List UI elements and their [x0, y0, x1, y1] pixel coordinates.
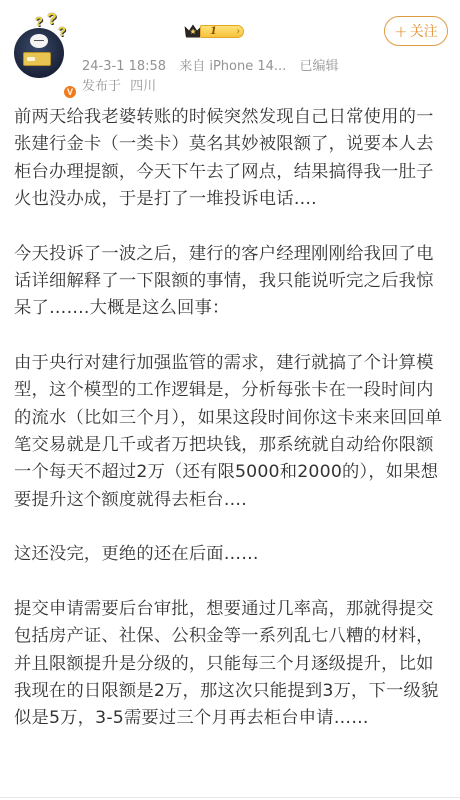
- chevron-right-icon: ›: [236, 27, 240, 37]
- plus-icon: +: [394, 22, 407, 41]
- post-location: 发布于 四川: [82, 75, 161, 94]
- avatar-face-icon: [30, 34, 48, 48]
- avatar-board-icon: [23, 52, 51, 66]
- verified-badge-icon: V: [62, 84, 78, 100]
- post-source[interactable]: 来自 iPhone 14...: [179, 59, 286, 74]
- level-badge[interactable]: 1 ›: [184, 22, 244, 40]
- level-number: 1: [210, 26, 217, 37]
- post-timestamp: 24-3-1 18:58: [82, 59, 166, 74]
- post-paragraph: 这还没完，更绝的还在后面……: [14, 541, 450, 568]
- location-value: 四川: [130, 79, 156, 94]
- question-mark-icon: ?: [35, 14, 43, 29]
- follow-button[interactable]: + 关注: [384, 16, 448, 46]
- post-paragraph: 提交申请需要后台审批，想要通过几率高，那就得提交包括房产证、社保、公积金等一系列…: [14, 596, 450, 732]
- location-label: 发布于: [82, 79, 121, 94]
- divider: [0, 797, 460, 798]
- question-mark-icon: ?: [58, 24, 66, 39]
- avatar[interactable]: ? ? ? V: [14, 28, 64, 78]
- post-body: 前两天给我老婆转账的时候突然发现自己日常使用的一张建行金卡（一类卡）莫名其妙被限…: [14, 104, 450, 760]
- post-paragraph: 前两天给我老婆转账的时候突然发现自己日常使用的一张建行金卡（一类卡）莫名其妙被限…: [14, 104, 450, 213]
- post-header: ? ? ? V 1 › + 关注 24-3-1 18:58 来自 iPhone …: [0, 0, 460, 100]
- follow-label: 关注: [410, 21, 438, 41]
- post-paragraph: 今天投诉了一波之后，建行的客户经理刚刚给我回了电话详细解释了一下限额的事情，我只…: [14, 241, 450, 323]
- edited-label[interactable]: 已编辑: [299, 59, 338, 74]
- post-paragraph: 由于央行对建行加强监管的需求，建行就搞了个计算模型，这个模型的工作逻辑是，分析每…: [14, 350, 450, 514]
- post-meta: 24-3-1 18:58 来自 iPhone 14... 已编辑: [82, 55, 347, 74]
- level-tag: 1 ›: [200, 25, 244, 38]
- question-mark-icon: ?: [47, 11, 57, 29]
